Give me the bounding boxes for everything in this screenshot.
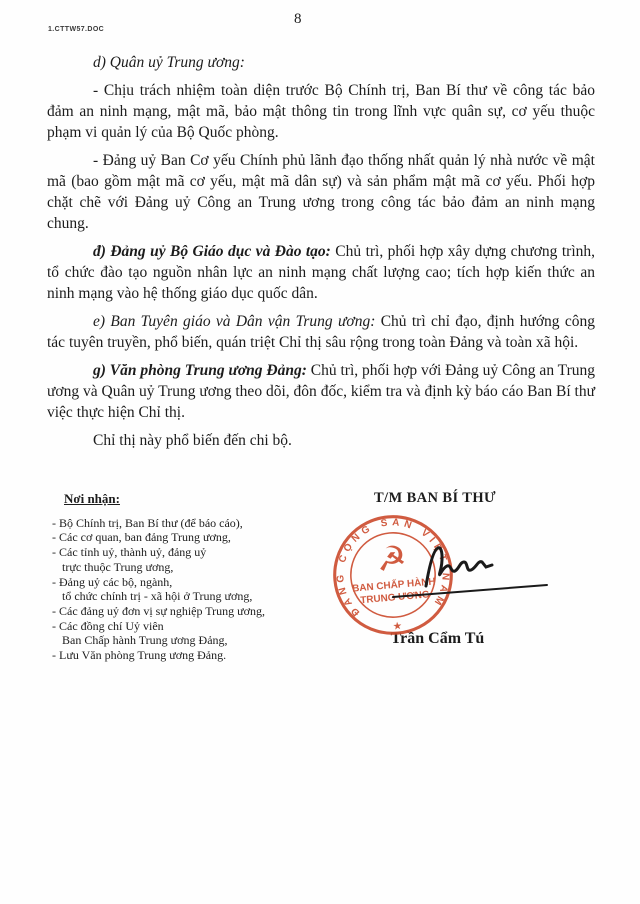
paragraph-d-2: - Đảng uỷ Ban Cơ yếu Chính phủ lãnh đạo … — [47, 150, 595, 234]
recipient-line: - Đảng uỷ các bộ, ngành, — [52, 575, 332, 590]
closing-paragraph: Chỉ thị này phổ biến đến chi bộ. — [47, 430, 595, 451]
recipients-heading: Nơi nhận: — [64, 492, 332, 507]
section-e-paragraph: e) Ban Tuyên giáo và Dân vận Trung ương:… — [47, 311, 595, 353]
signature-scribble — [426, 548, 492, 586]
recipient-line: - Các tỉnh uỷ, thành uỷ, đảng uỷ — [52, 545, 332, 560]
recipients-block: Nơi nhận: - Bộ Chính trị, Ban Bí thư (để… — [52, 492, 332, 663]
recipient-line-continuation: tổ chức chính trị - xã hội ở Trung ương, — [52, 589, 332, 604]
handwritten-signature — [390, 540, 555, 602]
recipient-line-continuation: Ban Chấp hành Trung ương Đảng, — [52, 633, 332, 648]
recipient-line: - Các đảng uỷ đơn vị sự nghiệp Trung ươn… — [52, 604, 332, 619]
recipient-line: - Các đồng chí Uỷ viên — [52, 619, 332, 634]
recipient-line: - Các cơ quan, ban đảng Trung ương, — [52, 530, 332, 545]
recipient-line: - Lưu Văn phòng Trung ương Đảng. — [52, 648, 332, 663]
page-number: 8 — [294, 11, 302, 28]
document-page: 1.CTTW57.DOC 8 d) Quân uỷ Trung ương: - … — [0, 0, 640, 904]
document-body: d) Quân uỷ Trung ương: - Chịu trách nhiệ… — [47, 52, 595, 458]
section-dd-label: đ) Đảng uỷ Bộ Giáo dục và Đào tạo: — [93, 243, 331, 260]
section-d-heading: d) Quân uỷ Trung ương: — [47, 52, 595, 73]
paragraph-d-1: - Chịu trách nhiệm toàn diện trước Bộ Ch… — [47, 80, 595, 143]
recipient-line-continuation: trực thuộc Trung ương, — [52, 560, 332, 575]
doc-filename: 1.CTTW57.DOC — [48, 26, 104, 33]
signature-underline — [393, 585, 547, 597]
section-g-paragraph: g) Văn phòng Trung ương Đảng: Chủ trì, p… — [47, 360, 595, 423]
section-e-label: e) Ban Tuyên giáo và Dân vận Trung ương: — [93, 313, 375, 330]
signature-title: T/M BAN BÍ THƯ — [310, 490, 560, 507]
section-d-label: d) Quân uỷ Trung ương: — [93, 54, 245, 71]
section-dd-paragraph: đ) Đảng uỷ Bộ Giáo dục và Đào tạo: Chủ t… — [47, 241, 595, 304]
section-g-label: g) Văn phòng Trung ương Đảng: — [93, 362, 307, 379]
seal-star-icon: ★ — [392, 620, 402, 633]
recipient-line: - Bộ Chính trị, Ban Bí thư (để báo cáo), — [52, 516, 332, 531]
signature-block: T/M BAN BÍ THƯ ĐẢNG CỘNG SẢN VIỆT NAM ☭ … — [310, 490, 560, 690]
